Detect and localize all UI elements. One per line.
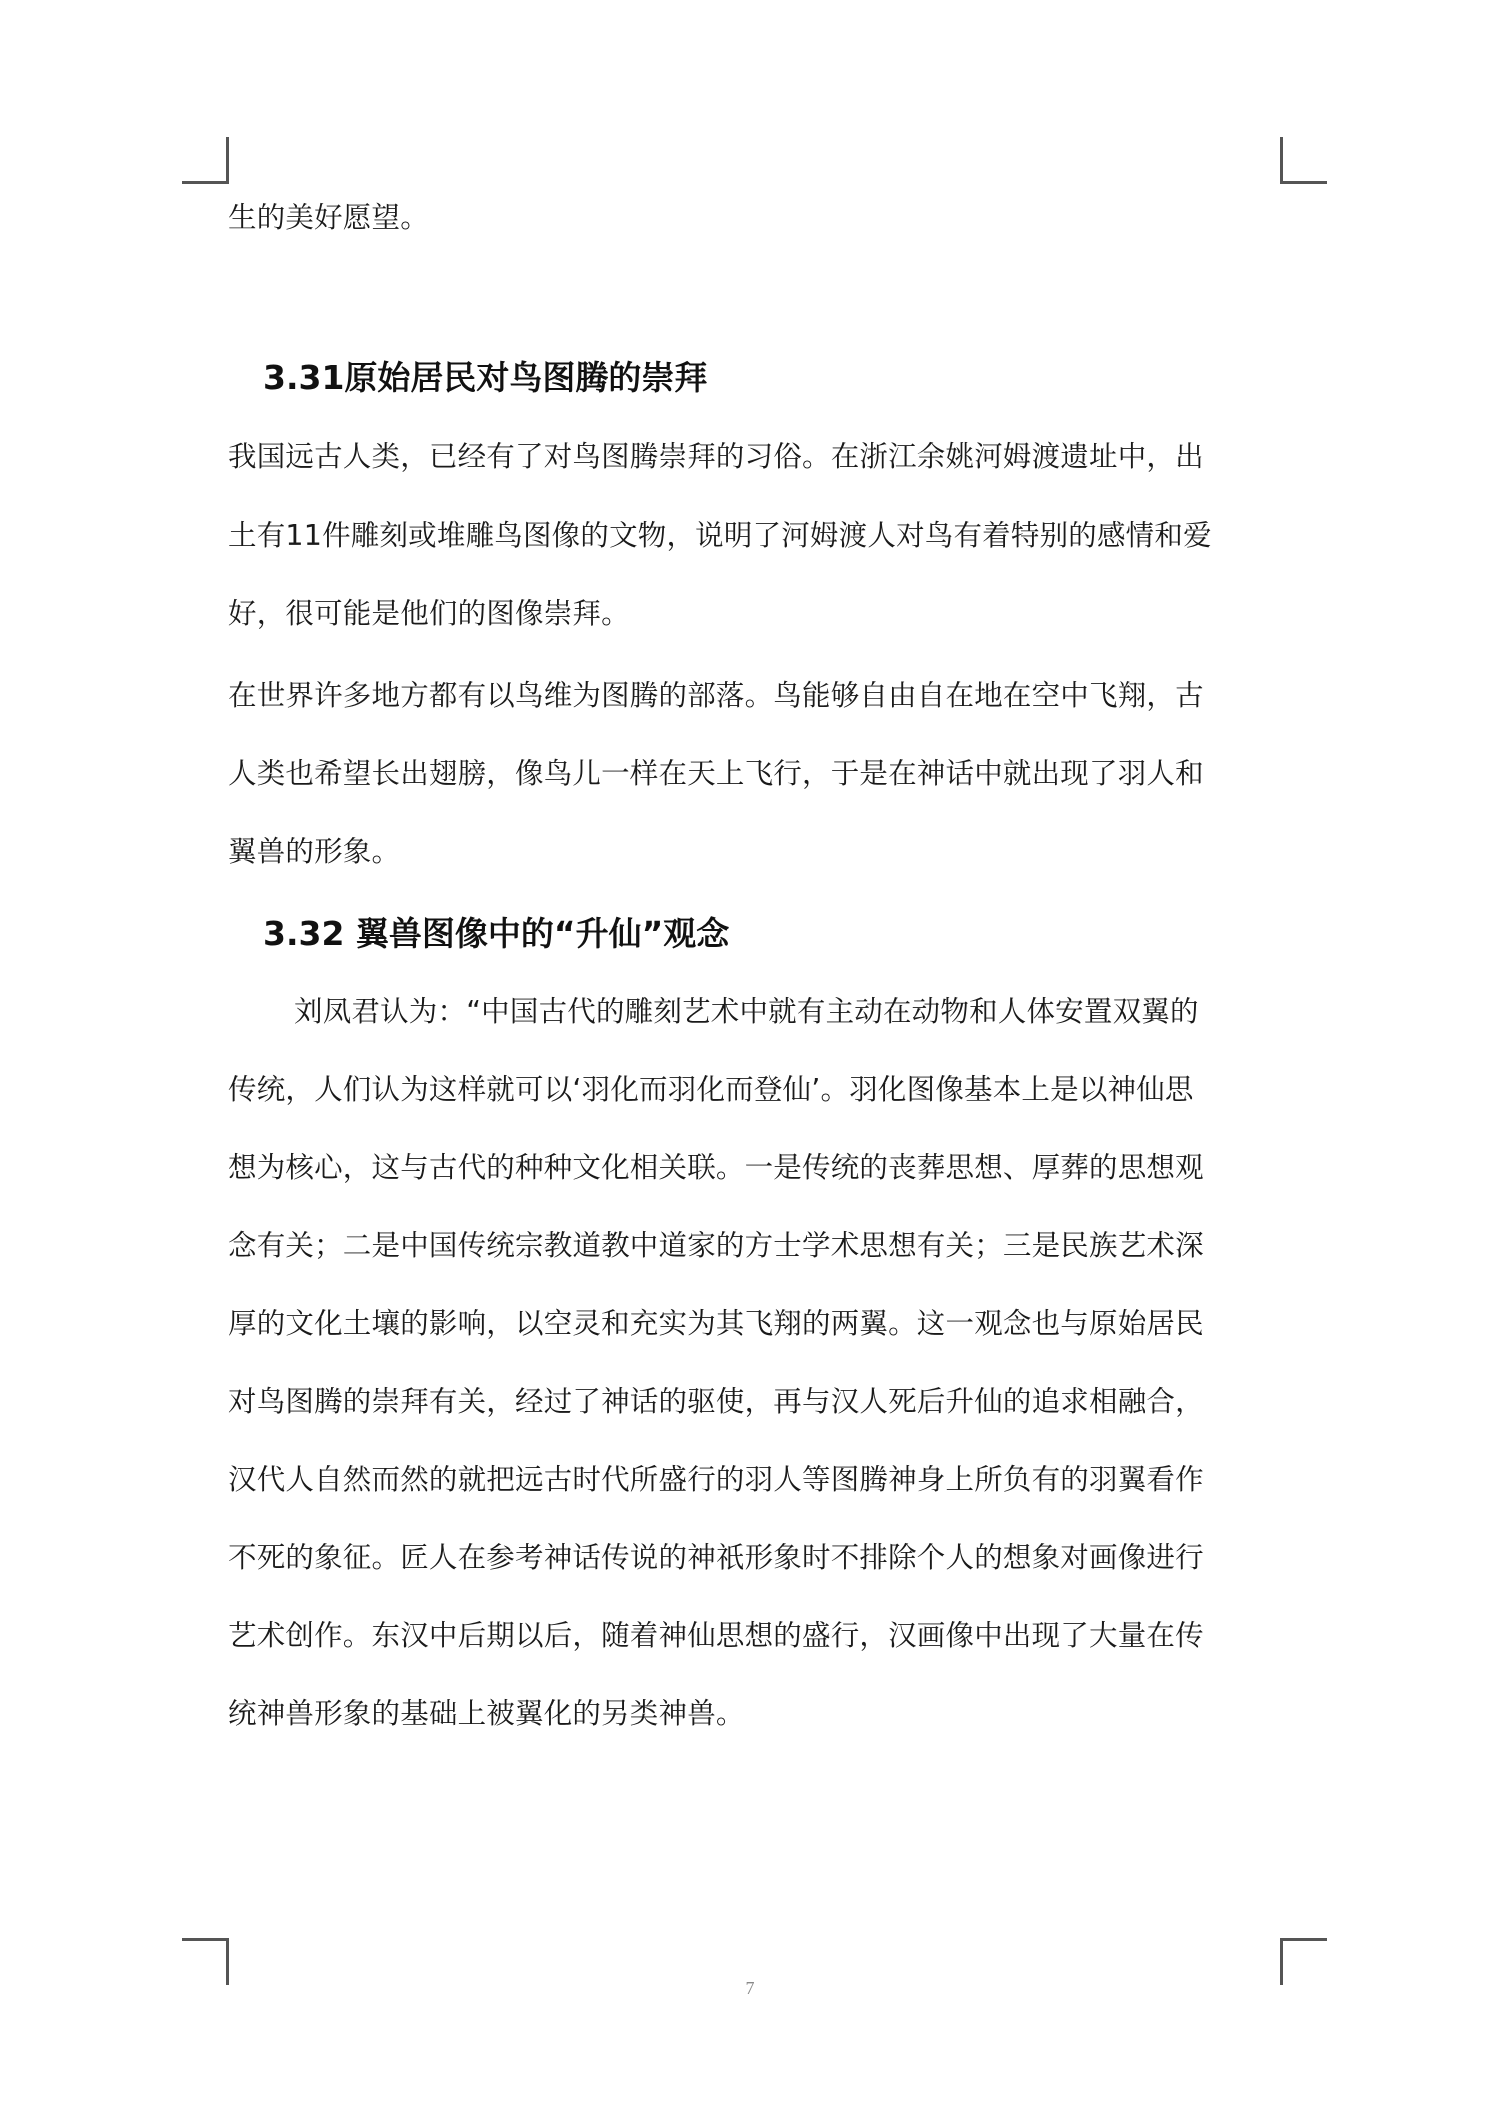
crop-mark-top-left: [182, 137, 229, 184]
crop-mark-top-right: [1280, 137, 1327, 184]
paragraph-line: 念有关；二是中国传统宗教道教中道家的方士学术思想有关；三是民族艺术深: [228, 1226, 1204, 1266]
paragraph-line: 统神兽形象的基础上被翼化的另类神兽。: [228, 1694, 745, 1734]
paragraph-line: 汉代人自然而然的就把远古时代所盛行的羽人等图腾神身上所负有的羽翼看作: [228, 1460, 1204, 1500]
paragraph-line: 不死的象征。匠人在参考神话传说的神祇形象时不排除个人的想象对画像进行: [228, 1538, 1204, 1578]
paragraph-line: 在世界许多地方都有以鸟维为图腾的部落。鸟能够自由自在地在空中飞翔，古: [228, 676, 1204, 716]
paragraph-line: 我国远古人类，已经有了对鸟图腾崇拜的习俗。在浙江余姚河姆渡遗址中，出: [228, 437, 1204, 477]
section-heading-3-31: 3.31原始居民对鸟图腾的崇拜: [263, 356, 707, 400]
paragraph-line: 传统，人们认为这样就可以‘羽化而羽化而登仙’。羽化图像基本上是以神仙思: [228, 1070, 1194, 1110]
paragraph-line: 土有11件雕刻或堆雕鸟图像的文物，说明了河姆渡人对鸟有着特别的感情和爱: [228, 516, 1212, 556]
page-number: 7: [0, 1978, 1500, 1999]
paragraph-line: 厚的文化土壤的影响，以空灵和充实为其飞翔的两翼。这一观念也与原始居民: [228, 1304, 1204, 1344]
paragraph-line: 好，很可能是他们的图像崇拜。: [228, 594, 630, 634]
paragraph-line: 艺术创作。东汉中后期以后，随着神仙思想的盛行，汉画像中出现了大量在传: [228, 1616, 1204, 1656]
paragraph-line: 对鸟图腾的崇拜有关，经过了神话的驱使，再与汉人死后升仙的追求相融合，: [228, 1382, 1204, 1422]
paragraph-continuation-line: 生的美好愿望。: [228, 198, 429, 238]
paragraph-line: 人类也希望长出翅膀，像鸟儿一样在天上飞行，于是在神话中就出现了羽人和: [228, 754, 1204, 794]
section-heading-3-32: 3.32 翼兽图像中的“升仙”观念: [263, 912, 729, 956]
paragraph-line: 刘凤君认为：“中国古代的雕刻艺术中就有主动在动物和人体安置双翼的: [294, 992, 1199, 1032]
paragraph-line: 翼兽的形象。: [228, 832, 400, 872]
paragraph-line: 想为核心，这与古代的种种文化相关联。一是传统的丧葬思想、厚葬的思想观: [228, 1148, 1204, 1188]
